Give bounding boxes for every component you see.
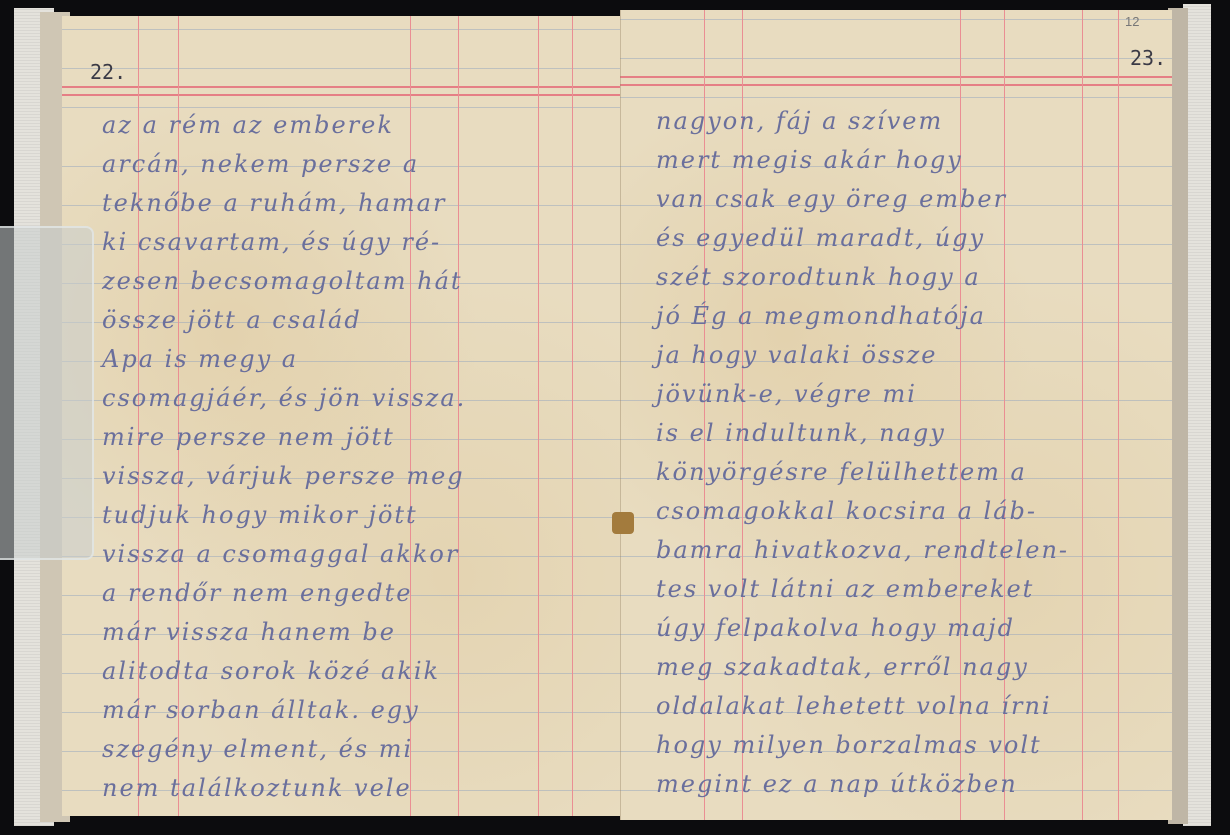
text-line: és egyedül maradt, úgy	[656, 219, 1152, 258]
text-line: mert megis akár hogy	[656, 141, 1152, 180]
text-line: is el indultunk, nagy	[656, 414, 1152, 453]
text-line: oldalakat lehetett volna írni	[656, 687, 1152, 726]
text-line: tudjuk hogy mikor jött	[102, 496, 602, 535]
text-line: bamra hivatkozva, rendtelen-	[656, 531, 1152, 570]
paper-stain	[612, 512, 634, 534]
text-line: az a rém az emberek	[102, 106, 602, 145]
text-line: hogy milyen borzalmas volt	[656, 726, 1152, 765]
text-line: teknőbe a ruhám, hamar	[102, 184, 602, 223]
text-line: Apa is megy a	[102, 340, 602, 379]
text-line: ki csavartam, és úgy ré-	[102, 223, 602, 262]
header-rule	[620, 76, 1172, 86]
text-line: úgy felpakolva hogy majd	[656, 609, 1152, 648]
text-line: mire persze nem jött	[102, 418, 602, 457]
spine-fold	[620, 10, 621, 820]
text-line: vissza a csomaggal akkor	[102, 535, 602, 574]
archive-number: 12	[1125, 14, 1139, 29]
text-line: nem találkoztunk vele	[102, 769, 602, 808]
page-number: 23.	[1130, 46, 1166, 70]
handwritten-text: nagyon, fáj a szívem mert megis akár hog…	[656, 102, 1152, 804]
text-line: csomagjáér, és jön vissza.	[102, 379, 602, 418]
text-line: arcán, nekem persze a	[102, 145, 602, 184]
text-line: megint ez a nap útközben	[656, 765, 1152, 804]
text-line: jövünk-e, végre mi	[656, 375, 1152, 414]
right-page: 12 23. nagyon, fáj a szívem mert megis a…	[620, 10, 1172, 820]
plastic-clip	[0, 226, 94, 560]
text-line: már sorban álltak. egy	[102, 691, 602, 730]
text-line: meg szakadtak, erről nagy	[656, 648, 1152, 687]
left-page: 22. az a rém az emberek arcán, nekem per…	[62, 16, 622, 816]
text-line: már vissza hanem be	[102, 613, 602, 652]
text-line: tes volt látni az embereket	[656, 570, 1152, 609]
text-line: a rendőr nem engedte	[102, 574, 602, 613]
text-line: zesen becsomagoltam hát	[102, 262, 602, 301]
text-line: vissza, várjuk persze meg	[102, 457, 602, 496]
text-line: szét szorodtunk hogy a	[656, 258, 1152, 297]
text-line: nagyon, fáj a szívem	[656, 102, 1152, 141]
text-line: össze jött a család	[102, 301, 602, 340]
handwritten-text: az a rém az emberek arcán, nekem persze …	[102, 106, 602, 808]
page-number: 22.	[90, 60, 126, 84]
text-line: szegény elment, és mi	[102, 730, 602, 769]
text-line: jó Ég a megmondhatója	[656, 297, 1152, 336]
text-line: ja hogy valaki össze	[656, 336, 1152, 375]
text-line: könyörgésre felülhettem a	[656, 453, 1152, 492]
text-line: van csak egy öreg ember	[656, 180, 1152, 219]
text-line: csomagokkal kocsira a láb-	[656, 492, 1152, 531]
text-line: alitodta sorok közé akik	[102, 652, 602, 691]
